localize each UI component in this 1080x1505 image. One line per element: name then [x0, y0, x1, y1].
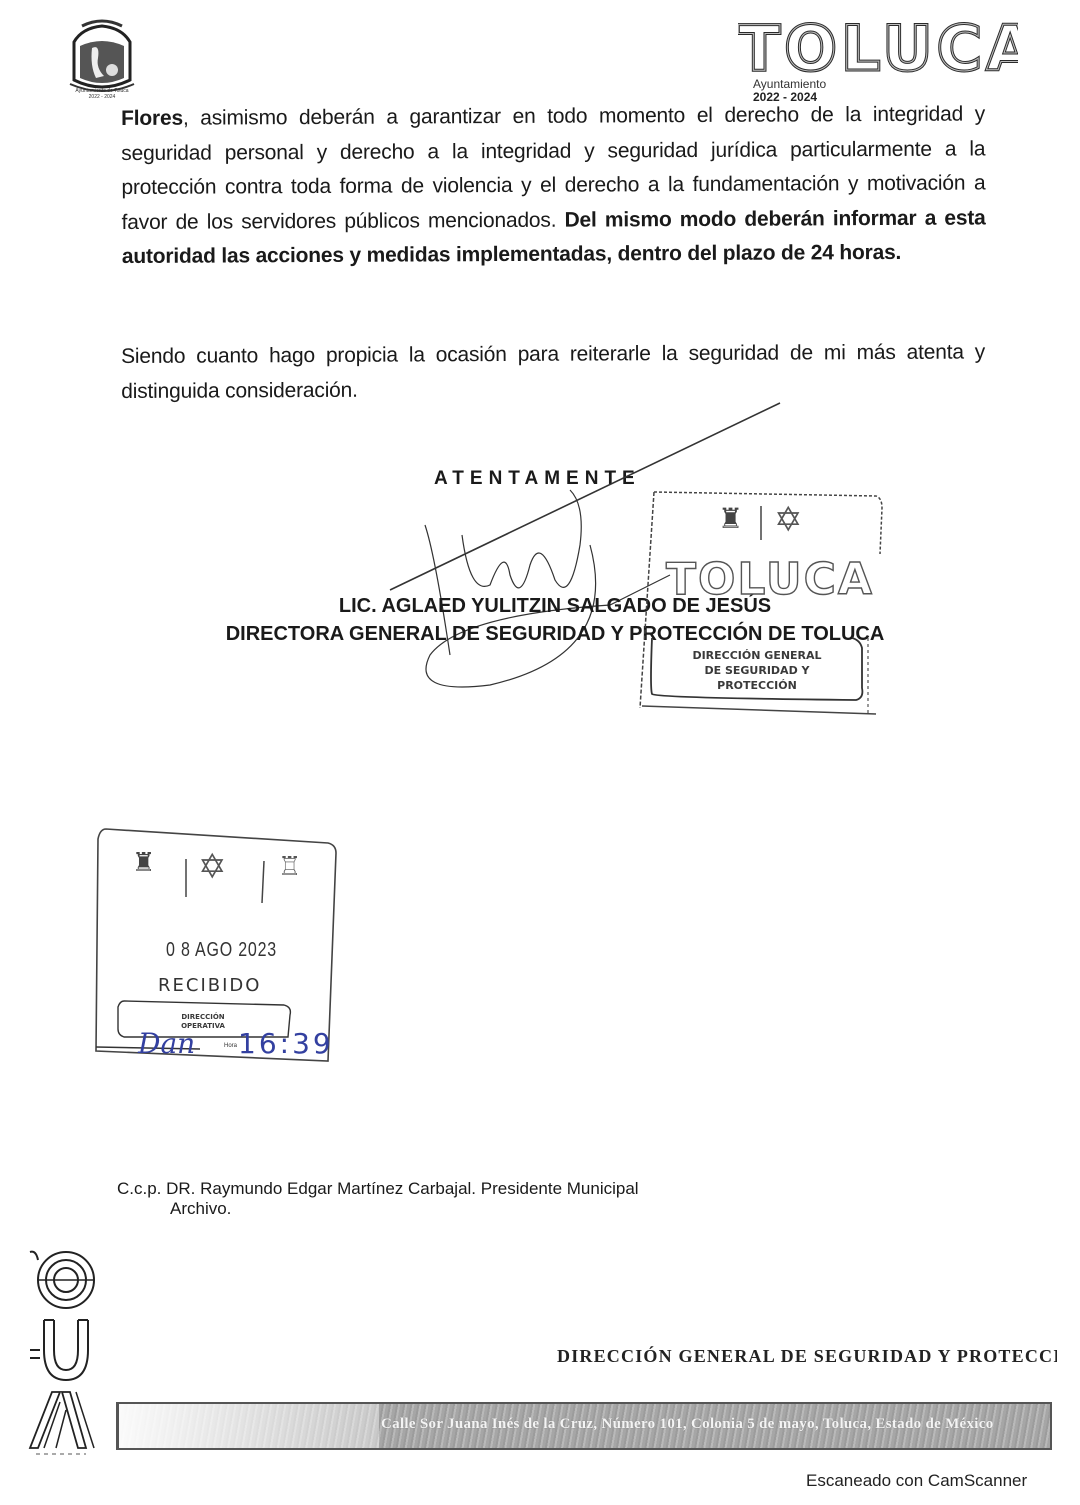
body-paragraph-1: Flores, asimismo deberán a garantizar en…: [121, 97, 986, 274]
star-emblem-icon: ✡: [774, 500, 803, 540]
carbon-copy: C.c.p. DR. Raymundo Edgar Martínez Carba…: [117, 1179, 639, 1219]
stamp-line-1: DIRECCIÓN GENERAL: [662, 648, 852, 663]
received-stamp: ♜ ✡ ♖ 0 8 AGO 2023 RECIBIDO DIRECCIÓN OP…: [88, 825, 358, 1075]
svg-text:TOLUCA: TOLUCA: [738, 18, 1018, 78]
bold-name: Flores: [121, 107, 183, 130]
handwritten-time: 16:39: [238, 1027, 334, 1060]
footer-department: DIRECCIÓN GENERAL DE SEGURIDAD Y PROTECC…: [557, 1346, 1057, 1367]
stamp-dgsp-text: DIRECCIÓN GENERAL DE SEGURIDAD Y PROTECC…: [662, 648, 852, 693]
state-crest-icon: ♜: [718, 502, 743, 535]
toluca-wordmark-logo: TOLUCA TOLUCA: [738, 18, 1018, 78]
hora-label: Hora: [224, 1043, 237, 1049]
municipal-emblem-icon: ♖: [278, 851, 301, 882]
footer-address-bar: Calle Sor Juana Inés de la Cruz, Número …: [116, 1402, 1052, 1450]
received-date: 0 8 AGO 2023: [166, 939, 277, 962]
area-line-1: DIRECCIÓN: [148, 1013, 258, 1022]
received-label: RECIBIDO: [158, 975, 261, 996]
stamp-line-3: PROTECCIÓN: [662, 678, 852, 693]
scanner-watermark: Escaneado con CamScanner: [806, 1471, 1027, 1491]
ccp-line-2: Archivo.: [117, 1199, 639, 1219]
crest-caption-line2: 2022 - 2024: [44, 94, 160, 100]
crest-caption: Ayuntamiento de Toluca 2022 - 2024: [44, 88, 160, 100]
handwritten-initials: Dan: [138, 1027, 195, 1060]
state-crest-icon: ♜: [132, 847, 155, 878]
stamp-toluca-logo: TOLUCA: [666, 554, 874, 605]
footer-address: Calle Sor Juana Inés de la Cruz, Número …: [381, 1416, 994, 1433]
footer-bar-fade: [119, 1404, 379, 1448]
star-emblem-icon: ✡: [198, 847, 227, 887]
footer-toluca-logo: [26, 1250, 116, 1455]
stamp-line-2: DE SEGURIDAD Y: [662, 663, 852, 678]
ccp-line-1: C.c.p. DR. Raymundo Edgar Martínez Carba…: [117, 1179, 639, 1198]
official-stamp-dgsp: ♜ ✡ TOLUCA DIRECCIÓN GENERAL DE SEGURIDA…: [636, 488, 886, 720]
